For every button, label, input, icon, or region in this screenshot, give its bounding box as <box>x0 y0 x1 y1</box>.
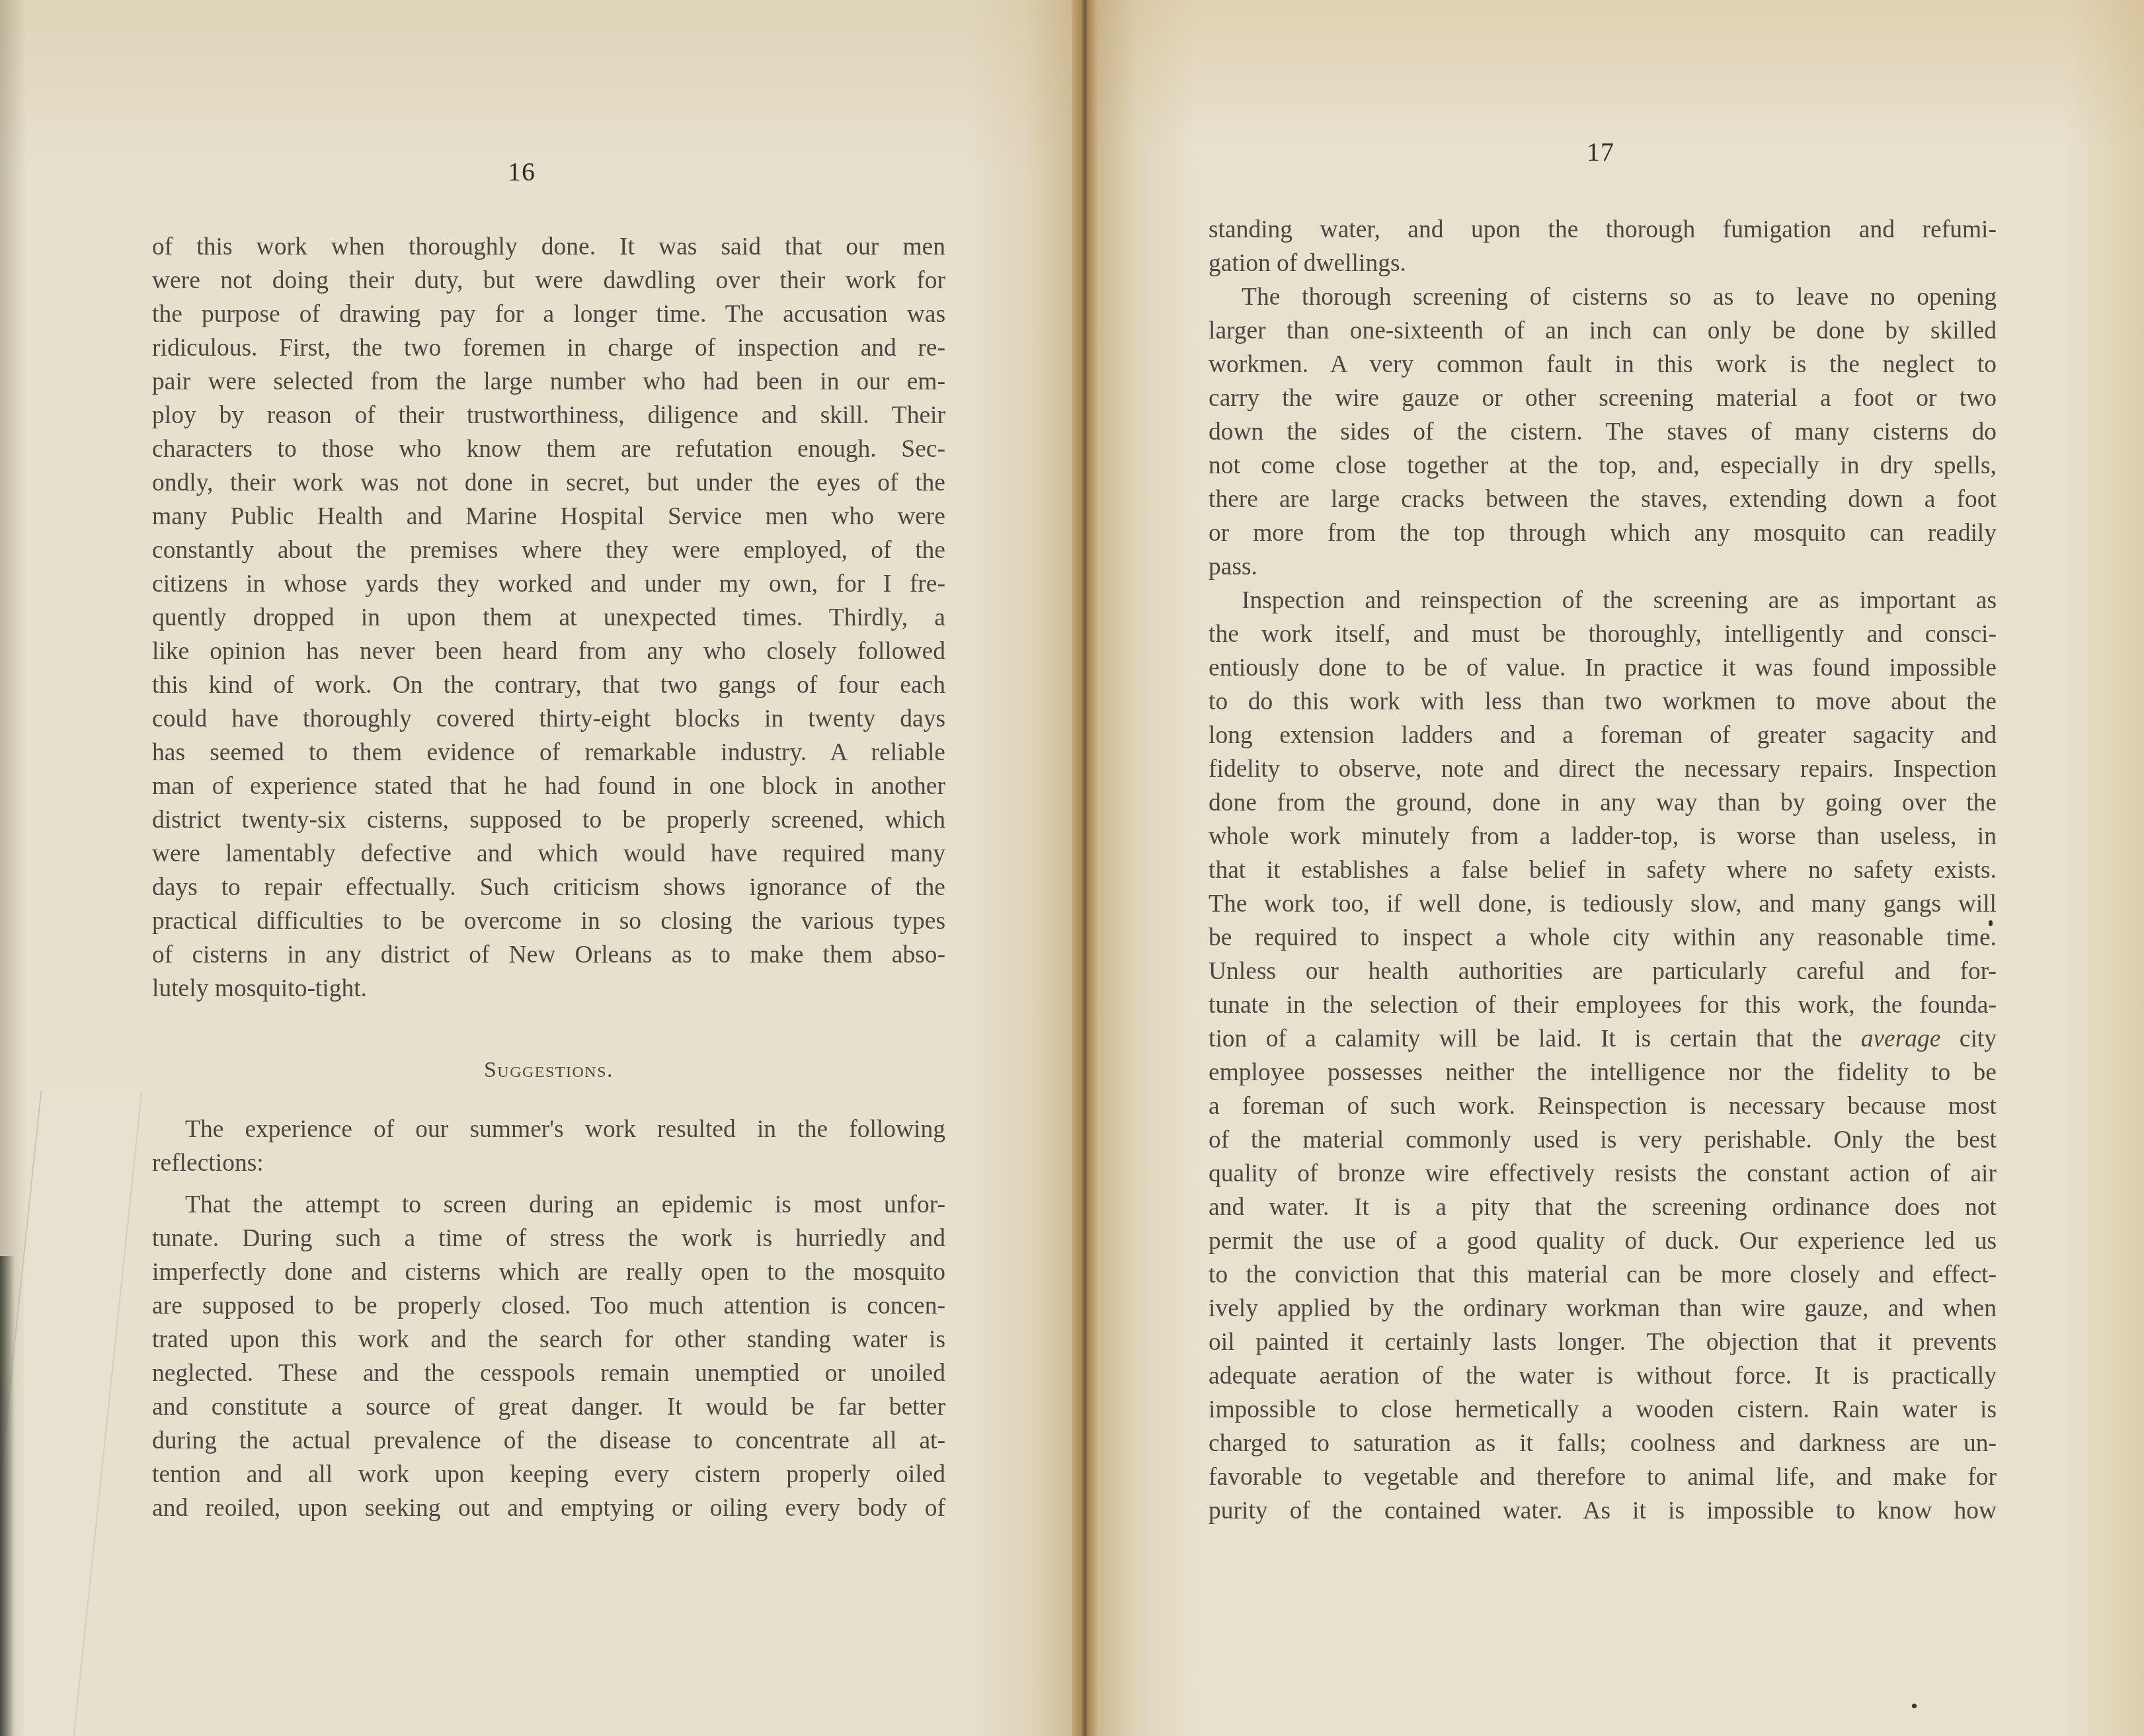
text-line: to the conviction that this material can… <box>1209 1258 1997 1292</box>
text-line: Unless our health authorities are partic… <box>1209 955 1997 988</box>
text-line: ondly, their work was not done in secret… <box>152 466 945 500</box>
text-line: quently dropped in upon them at unexpect… <box>152 601 945 635</box>
text-line: constantly about the premises where they… <box>152 533 945 567</box>
text-line: the work itself, and must be thoroughly,… <box>1209 617 1997 651</box>
text-line: not come close together at the top, and,… <box>1209 449 1997 483</box>
text-line: impossible to close hermetically a woode… <box>1209 1393 1997 1427</box>
text-line: employee possesses neither the intellige… <box>1209 1056 1997 1089</box>
text-line: ploy by reason of their trustworthiness,… <box>152 399 945 432</box>
text-line: and water. It is a pity that the screeni… <box>1209 1191 1997 1224</box>
text-line: oil painted it certainly lasts longer. T… <box>1209 1325 1997 1359</box>
text-line: favorable to vegetable and therefore to … <box>1209 1460 1997 1494</box>
text-line: ively applied by the ordinary workman th… <box>1209 1292 1997 1325</box>
text-line: quality of bronze wire effectively resis… <box>1209 1157 1997 1191</box>
text-line: of cisterns in any district of New Orlea… <box>152 938 945 972</box>
text-line: this kind of work. On the contrary, that… <box>152 668 945 702</box>
text-line: tunate. During such a time of stress the… <box>152 1222 945 1255</box>
italic-word-average: average <box>1861 1025 1941 1052</box>
text-line: characters to those who know them are re… <box>152 432 945 466</box>
text-line: man of experience stated that he had fou… <box>152 769 945 803</box>
text-line: done from the ground, done in any way th… <box>1209 786 1997 820</box>
text-line: a foreman of such work. Reinspection is … <box>1209 1089 1997 1123</box>
text-line: there are large cracks between the stave… <box>1209 483 1997 516</box>
text-line: larger than one-sixteenth of an inch can… <box>1209 314 1997 348</box>
ink-speck <box>1989 920 1993 926</box>
text-line: gation of dwellings. <box>1209 247 1997 280</box>
ink-speck <box>1912 1704 1917 1708</box>
text-line: district twenty-six cisterns, supposed t… <box>152 803 945 837</box>
left-continued-paragraph: of this work when thoroughly done. It wa… <box>152 230 945 1006</box>
text-line: pair were selected from the large number… <box>152 365 945 399</box>
text-line: The thorough screening of cisterns so as… <box>1209 280 1997 314</box>
text-line: entiously done to be of value. In practi… <box>1209 651 1997 685</box>
text-line: like opinion has never been heard from a… <box>152 635 945 668</box>
text-line: down the sides of the cistern. The stave… <box>1209 415 1997 449</box>
text-line: citizens in whose yards they worked and … <box>152 567 945 601</box>
text-line: carry the wire gauze or other screening … <box>1209 381 1997 415</box>
text-line: reflections: <box>152 1146 945 1180</box>
text-line: to do this work with less than two workm… <box>1209 685 1997 719</box>
text-line: workmen. A very common fault in this wor… <box>1209 348 1997 381</box>
text-line: could have thoroughly covered thirty-eig… <box>152 702 945 736</box>
text-line: fidelity to observe, note and direct the… <box>1209 752 1997 786</box>
text-line-with-italic: tion of a calamity will be laid. It is c… <box>1209 1022 1997 1056</box>
text-line: or more from the top through which any m… <box>1209 516 1997 550</box>
text-fragment: tion of a calamity will be laid. It is c… <box>1209 1025 1842 1052</box>
text-line: That the attempt to screen during an epi… <box>152 1188 945 1222</box>
text-line: of the material commonly used is very pe… <box>1209 1123 1997 1157</box>
text-line: were not doing their duty, but were dawd… <box>152 264 945 297</box>
text-line: neglected. These and the cesspools remai… <box>152 1357 945 1390</box>
text-fragment: city <box>1940 1025 1997 1052</box>
text-line: and constitute a source of great danger.… <box>152 1390 945 1424</box>
text-line: The experience of our summer's work resu… <box>152 1113 945 1146</box>
text-line: permit the use of a good quality of duck… <box>1209 1224 1997 1258</box>
text-line: long extension ladders and a foreman of … <box>1209 719 1997 752</box>
page-number-right: 17 <box>1587 136 1614 167</box>
text-line: The work too, if well done, is tediously… <box>1209 887 1997 921</box>
right-continued-paragraph: standing water, and upon the thorough fu… <box>1209 213 1997 280</box>
text-line: purity of the contained water. As it is … <box>1209 1494 1997 1528</box>
suggestion-paragraph: That the attempt to screen during an epi… <box>152 1188 945 1525</box>
screening-paragraph: The thorough screening of cisterns so as… <box>1209 280 1997 584</box>
section-heading-suggestions: Suggestions. <box>152 1058 945 1083</box>
text-line: charged to saturation as it falls; cooln… <box>1209 1427 1997 1460</box>
text-line: days to repair effectually. Such critici… <box>152 871 945 904</box>
text-line: be required to inspect a whole city with… <box>1209 921 1997 955</box>
text-line: during the actual prevalence of the dise… <box>152 1424 945 1458</box>
text-line: tunate in the selection of their employe… <box>1209 988 1997 1022</box>
text-line: many Public Health and Marine Hospital S… <box>152 500 945 533</box>
text-line: are supposed to be properly closed. Too … <box>152 1289 945 1323</box>
text-line: that it establishes a false belief in sa… <box>1209 853 1997 887</box>
text-line: pass. <box>1209 550 1997 584</box>
page-number-left: 16 <box>508 156 536 187</box>
text-line: tention and all work upon keeping every … <box>152 1458 945 1491</box>
text-line: adequate aeration of the water is withou… <box>1209 1359 1997 1393</box>
text-line: has seemed to them evidence of remarkabl… <box>152 736 945 769</box>
text-line: lutely mosquito-tight. <box>152 972 945 1006</box>
book-spine <box>1072 0 1097 1736</box>
inspection-paragraph: Inspection and reinspection of the scree… <box>1209 584 1997 1528</box>
right-page: 17 standing water, and upon the thorough… <box>1097 0 2144 1736</box>
text-line: practical difficulties to be overcome in… <box>152 904 945 938</box>
text-line: the purpose of drawing pay for a longer … <box>152 297 945 331</box>
text-line: ridiculous. First, the two foremen in ch… <box>152 331 945 365</box>
tape-repair-mark <box>0 1091 142 1736</box>
text-line: imperfectly done and cisterns which are … <box>152 1255 945 1289</box>
page-edge-shadow <box>0 1256 15 1736</box>
text-line: trated upon this work and the search for… <box>152 1323 945 1357</box>
text-line: of this work when thoroughly done. It wa… <box>152 230 945 264</box>
left-page: 16 of this work when thoroughly done. It… <box>0 0 1072 1736</box>
text-line: and reoiled, upon seeking out and emptyi… <box>152 1491 945 1525</box>
text-line: were lamentably defective and which woul… <box>152 837 945 871</box>
text-line: Inspection and reinspection of the scree… <box>1209 584 1997 617</box>
text-line: standing water, and upon the thorough fu… <box>1209 213 1997 247</box>
text-line: whole work minutely from a ladder-top, i… <box>1209 820 1997 853</box>
intro-paragraph: The experience of our summer's work resu… <box>152 1113 945 1180</box>
